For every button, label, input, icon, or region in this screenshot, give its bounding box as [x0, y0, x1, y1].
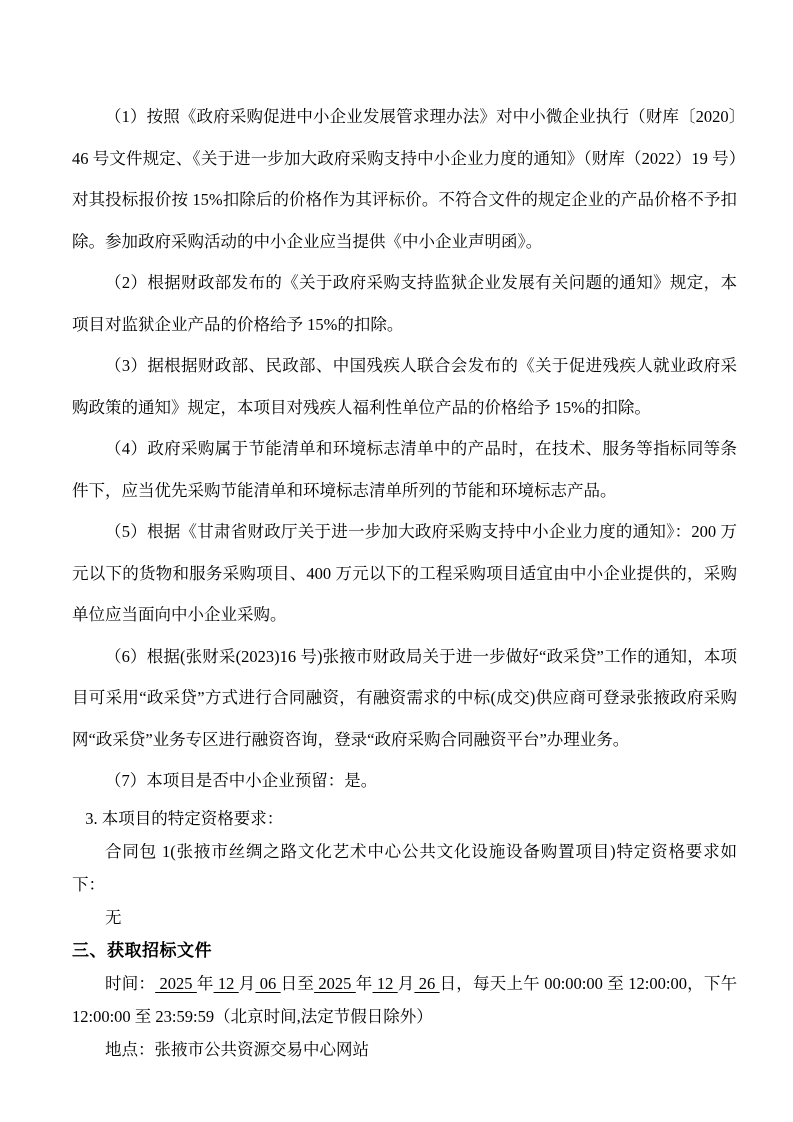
policy-paragraph-5: （5）根据《甘肃省财政厅关于进一步加大政府采购支持中小企业力度的通知》：200 …: [72, 511, 737, 636]
qualification-heading: 3. 本项目的特定资格要求：: [72, 802, 737, 835]
year-unit-label: 年: [197, 974, 214, 993]
qualification-package-line: 合同包 1(张掖市丝绸之路文化艺术中心公共文化设施设备购置项目)特定资格要求如下…: [72, 835, 737, 901]
end-year-value: 2025: [314, 974, 356, 993]
document-page: （1）按照《政府采购促进中小企业发展管求理办法》对中小微企业执行（财库〔2020…: [0, 0, 793, 1122]
location-line: 地点：张掖市公共资源交易中心网站: [72, 1033, 737, 1066]
month-unit-label-2: 月: [398, 974, 415, 993]
time-label: 时间：: [105, 974, 155, 993]
start-month-value: 12: [214, 974, 239, 993]
policy-paragraphs-section: （1）按照《政府采购促进中小企业发展管求理办法》对中小微企业执行（财库〔2020…: [72, 96, 737, 802]
policy-paragraph-2: （2）根据财政部发布的《关于政府采购支持监狱企业发展有关问题的通知》规定，本项目…: [72, 262, 737, 345]
qualification-section: 3. 本项目的特定资格要求： 合同包 1(张掖市丝绸之路文化艺术中心公共文化设施…: [72, 802, 737, 934]
end-month-value: 12: [373, 974, 398, 993]
start-day-value: 06: [255, 974, 280, 993]
time-line: 时间： 2025 年 12 月 06 日至 2025 年 12 月 26 日，每…: [72, 967, 737, 1033]
policy-paragraph-1: （1）按照《政府采购促进中小企业发展管求理办法》对中小微企业执行（财库〔2020…: [72, 96, 737, 262]
month-unit-label: 月: [239, 974, 256, 993]
year-unit-label-2: 年: [356, 974, 373, 993]
section-heading-obtain-docs: 三、获取招标文件: [72, 934, 737, 967]
day-to-label: 日至: [281, 974, 314, 993]
policy-paragraph-3: （3）据根据财政部、民政部、中国残疾人联合会发布的《关于促进残疾人就业政府采购政…: [72, 345, 737, 428]
policy-paragraph-4: （4）政府采购属于节能清单和环境标志清单中的产品时，在技术、服务等指标同等条件下…: [72, 428, 737, 511]
policy-paragraph-6: （6）根据(张财采(2023)16 号)张掖市财政局关于进一步做好“政采贷”工作…: [72, 636, 737, 761]
qualification-requirement-value: 无: [72, 901, 737, 934]
obtain-bidding-docs-section: 三、获取招标文件 时间： 2025 年 12 月 06 日至 2025 年 12…: [72, 934, 737, 1066]
end-day-value: 26: [414, 974, 439, 993]
policy-paragraph-7: （7）本项目是否中小企业预留：是。: [72, 760, 737, 802]
start-year-value: 2025: [155, 974, 197, 993]
